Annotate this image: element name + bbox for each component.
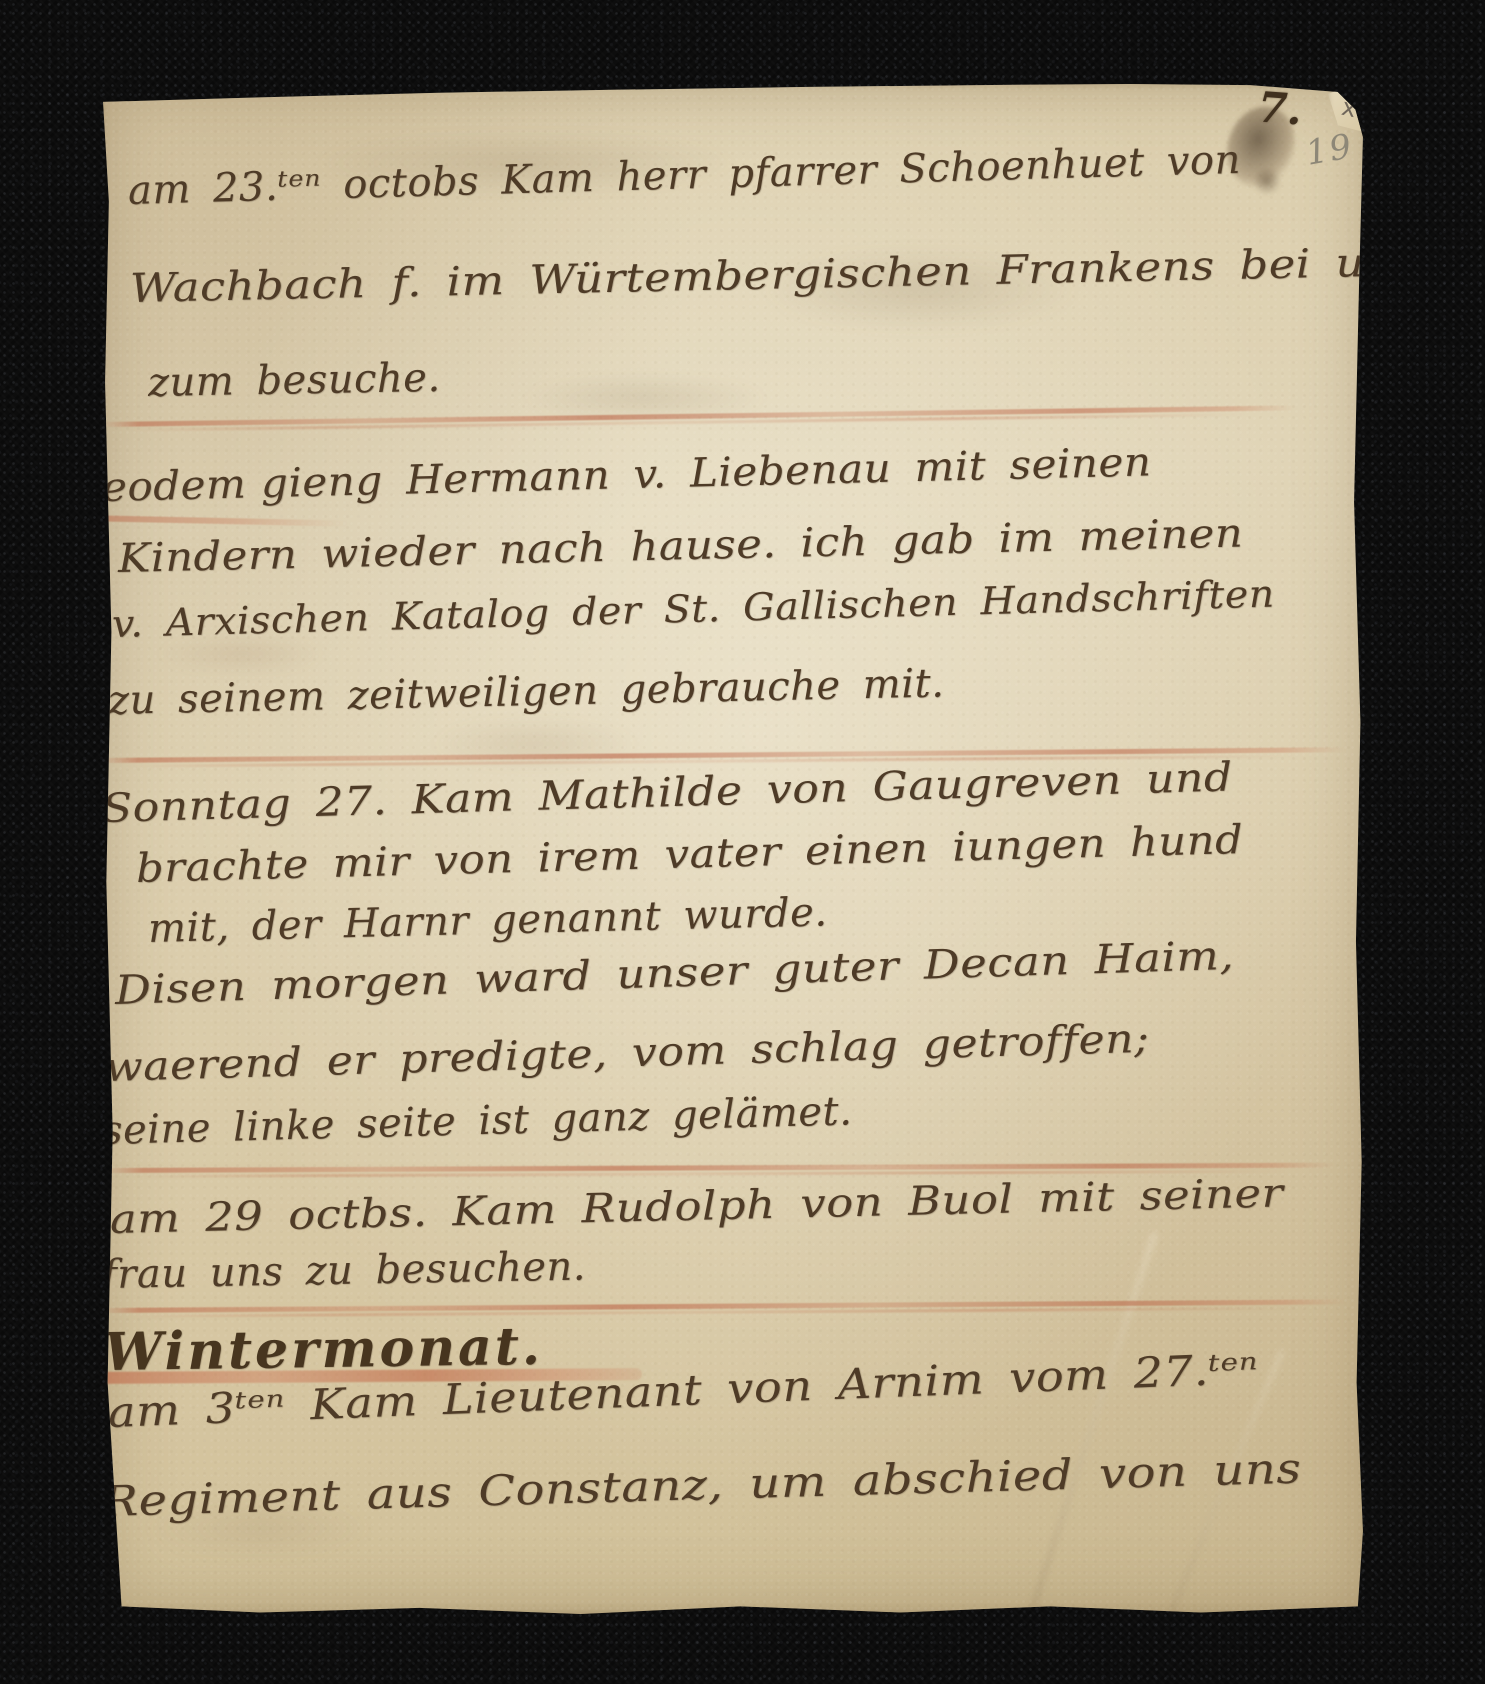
manuscript-line: brachte mir von irem vater einen iungen … [135, 817, 1243, 892]
red-word-underline [100, 515, 348, 526]
manuscript-line: Regiment aus Constanz, um abschied von u… [101, 1444, 1302, 1526]
manuscript-line: am 29 octbs. Kam Rudolph von Buol mit se… [109, 1170, 1284, 1243]
underlined-word-eodem: eodem [101, 461, 261, 511]
pencil-folio-number: 19 [1303, 126, 1356, 174]
manuscript-page: 7. 19 x am 23.ᵗᵉⁿ octobs Kam herr pfarre… [100, 82, 1368, 1614]
manuscript-line: frau uns zu besuchen. [102, 1244, 587, 1298]
red-divider-line [102, 1299, 1348, 1313]
ink-blot [1252, 168, 1282, 194]
manuscript-line: zum besuche. [148, 355, 441, 406]
scan-background: 7. 19 x am 23.ᵗᵉⁿ octobs Kam herr pfarre… [0, 0, 1485, 1684]
red-divider-line [103, 405, 1295, 427]
manuscript-line: zu seinem zeitweiligen gebrauche mit. [108, 660, 945, 724]
manuscript-line: mit, der Harnr genannt wurde. [147, 889, 828, 952]
manuscript-line: v. Arxischen Katalog der St. Gallischen … [111, 572, 1275, 646]
manuscript-line: waerend er predigte, vom schlag getroffe… [104, 1016, 1150, 1091]
manuscript-line: am 23.ᵗᵉⁿ octobs Kam herr pfarrer Schoen… [127, 137, 1241, 214]
manuscript-line: Wachbach f. im Würtembergischen Frankens… [130, 239, 1419, 312]
manuscript-line: eodemgieng Hermann v. Liebenau mit seine… [101, 439, 1151, 511]
red-divider-line [106, 1163, 1336, 1173]
folio-number: 7. [1256, 83, 1303, 135]
manuscript-line-rest: gieng Hermann v. Liebenau mit seinen [260, 439, 1151, 507]
paper-crease [1019, 1231, 1159, 1642]
manuscript-line: seine linke seite ist ganz gelämet. [101, 1088, 852, 1154]
